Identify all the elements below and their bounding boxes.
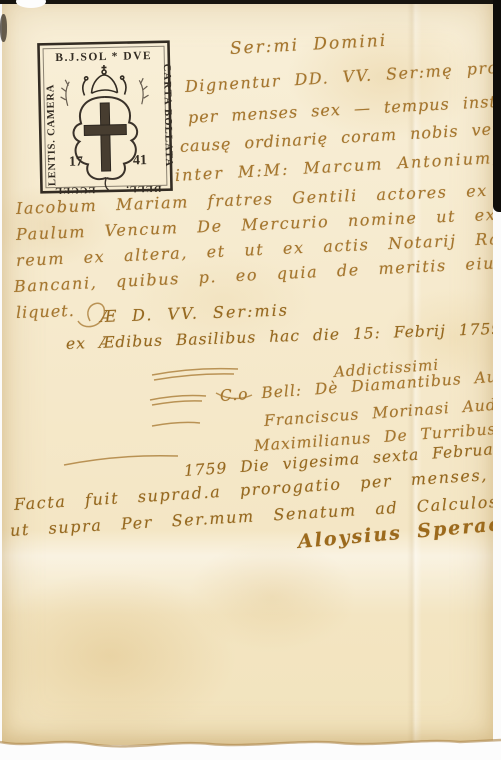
- stamp-top-label: B.J.SOL * DVE: [55, 50, 152, 64]
- paper-sheet: B.J.SOL * DVE CARTA BOLLATA LENTIS. CAME…: [2, 3, 493, 745]
- ink-smudge: [0, 14, 7, 42]
- manuscript-line: Dignentur DD. VV. Ser:mę prorogare: [184, 54, 493, 96]
- manuscript-line: liquet.: [16, 301, 75, 322]
- stamp-right-label: CARTA BOLLATA: [161, 64, 174, 168]
- manuscript-heading: Ser:mi Domini: [229, 31, 387, 59]
- stamp-bottom-left-label: ECCEL: [54, 184, 95, 194]
- scanned-document: B.J.SOL * DVE CARTA BOLLATA LENTIS. CAME…: [0, 0, 501, 760]
- photo-edge-right: [493, 0, 501, 212]
- crown-icon: [82, 65, 126, 96]
- revenue-stamp: B.J.SOL * DVE CARTA BOLLATA LENTIS. CAME…: [36, 40, 173, 195]
- cross-icon: [84, 103, 127, 172]
- petition-close: Æ D. VV. Ser:mis: [100, 300, 290, 326]
- laurel-sprigs: [60, 78, 149, 106]
- stamp-year-right: 41: [133, 153, 147, 168]
- photo-edge-top: [0, 0, 501, 4]
- stamp-year-left: 17: [69, 154, 83, 169]
- stamp-left-label: LENTIS. CAMERA: [45, 84, 58, 186]
